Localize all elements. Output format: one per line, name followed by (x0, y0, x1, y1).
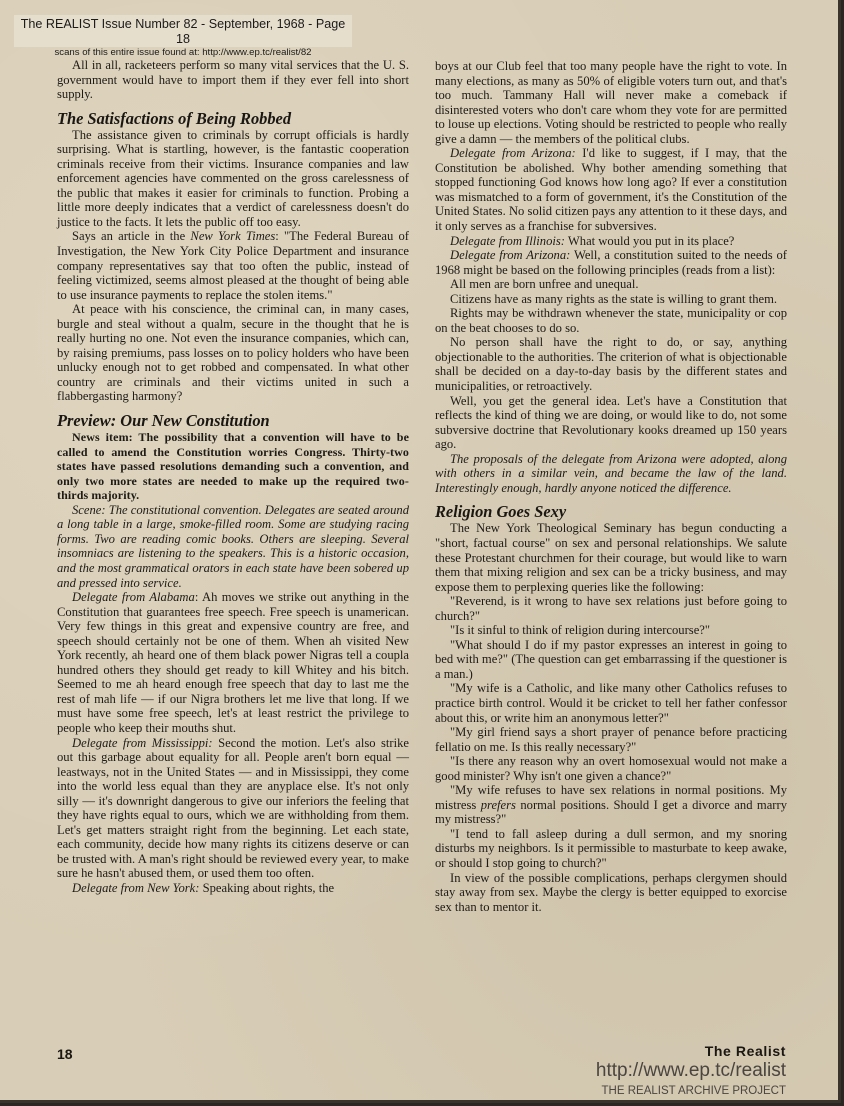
speech-arizona-2: Delegate from Arizona: Well, a constitut… (435, 248, 787, 277)
principle: Citizens have as many rights as the stat… (435, 292, 787, 307)
query: "I tend to fall asleep during a dull ser… (435, 827, 787, 871)
text: Says an article in the (72, 229, 190, 243)
issue-title: The REALIST Issue Number 82 - September,… (14, 17, 352, 47)
paragraph-nyt: Says an article in the New York Times: "… (57, 229, 409, 302)
archive-header: The REALIST Issue Number 82 - September,… (14, 15, 352, 47)
news-item: News item: The possibility that a conven… (57, 430, 409, 503)
paragraph: At peace with his conscience, the crimin… (57, 302, 409, 404)
speech-new-york-continued: boys at our Club feel that too many peop… (435, 59, 787, 146)
closing-paragraph: In view of the possible complications, p… (435, 871, 787, 915)
epilogue: The proposals of the delegate from Arizo… (435, 452, 787, 496)
heading-satisfactions: The Satisfactions of Being Robbed (57, 109, 409, 128)
magazine-page: The REALIST Issue Number 82 - September,… (0, 0, 841, 1103)
text: : Ah moves we strike out anything in the… (57, 590, 409, 735)
scene-description: Scene: The constitutional convention. De… (57, 503, 409, 590)
heading-preview-constitution: Preview: Our New Constitution (57, 411, 409, 430)
speech-new-york: Delegate from New York: Speaking about r… (57, 881, 409, 896)
principle: Rights may be withdrawn whenever the sta… (435, 306, 787, 335)
speaker: Delegate from Illinois: (450, 234, 565, 248)
paragraph: The assistance given to criminals by cor… (57, 128, 409, 230)
query: "What should I do if my pastor expresses… (435, 638, 787, 682)
archive-url[interactable]: http://www.ep.tc/realist (596, 1060, 786, 1082)
speaker: Delegate from Arizona: (450, 248, 570, 262)
publication-name: New York Times (190, 229, 275, 243)
text: What would you put in its place? (565, 234, 734, 248)
speaker: Delegate from Mississippi: (72, 736, 213, 750)
speaker: Delegate from Arizona: (450, 146, 576, 160)
speech-illinois: Delegate from Illinois: What would you p… (435, 234, 787, 249)
left-column: All in all, racketeers perform so many v… (57, 58, 409, 896)
archive-project-label: THE REALIST ARCHIVE PROJECT (602, 1085, 786, 1097)
right-column: boys at our Club feel that too many peop… (435, 59, 787, 914)
principle: All men are born unfree and unequal. (435, 277, 787, 292)
paragraph: The New York Theological Seminary has be… (435, 521, 787, 594)
query: "My girl friend says a short prayer of p… (435, 725, 787, 754)
emphasis: prefers (481, 798, 516, 812)
intro-paragraph: All in all, racketeers perform so many v… (57, 58, 409, 102)
magazine-name: The Realist (705, 1043, 786, 1059)
page-number: 18 (57, 1046, 73, 1062)
speech-arizona: Delegate from Arizona: I'd like to sugge… (435, 146, 787, 233)
query: "My wife is a Catholic, and like many ot… (435, 681, 787, 725)
query: "Is it sinful to think of religion durin… (435, 623, 787, 638)
speech-alabama: Delegate from Alabama: Ah moves we strik… (57, 590, 409, 735)
query: "Is there any reason why an overt homose… (435, 754, 787, 783)
speech-mississippi: Delegate from Mississippi: Second the mo… (57, 736, 409, 881)
query-mistress: "My wife refuses to have sex relations i… (435, 783, 787, 827)
heading-religion-goes-sexy: Religion Goes Sexy (435, 502, 787, 521)
speaker: Delegate from New York: (72, 881, 199, 895)
principle: Well, you get the general idea. Let's ha… (435, 394, 787, 452)
principle: No person shall have the right to do, or… (435, 335, 787, 393)
text: Speaking about rights, the (199, 881, 334, 895)
text: Second the motion. Let's also strike out… (57, 736, 409, 881)
query: "Reverend, is it wrong to have sex relat… (435, 594, 787, 623)
speaker: Delegate from Alabama (72, 590, 195, 604)
